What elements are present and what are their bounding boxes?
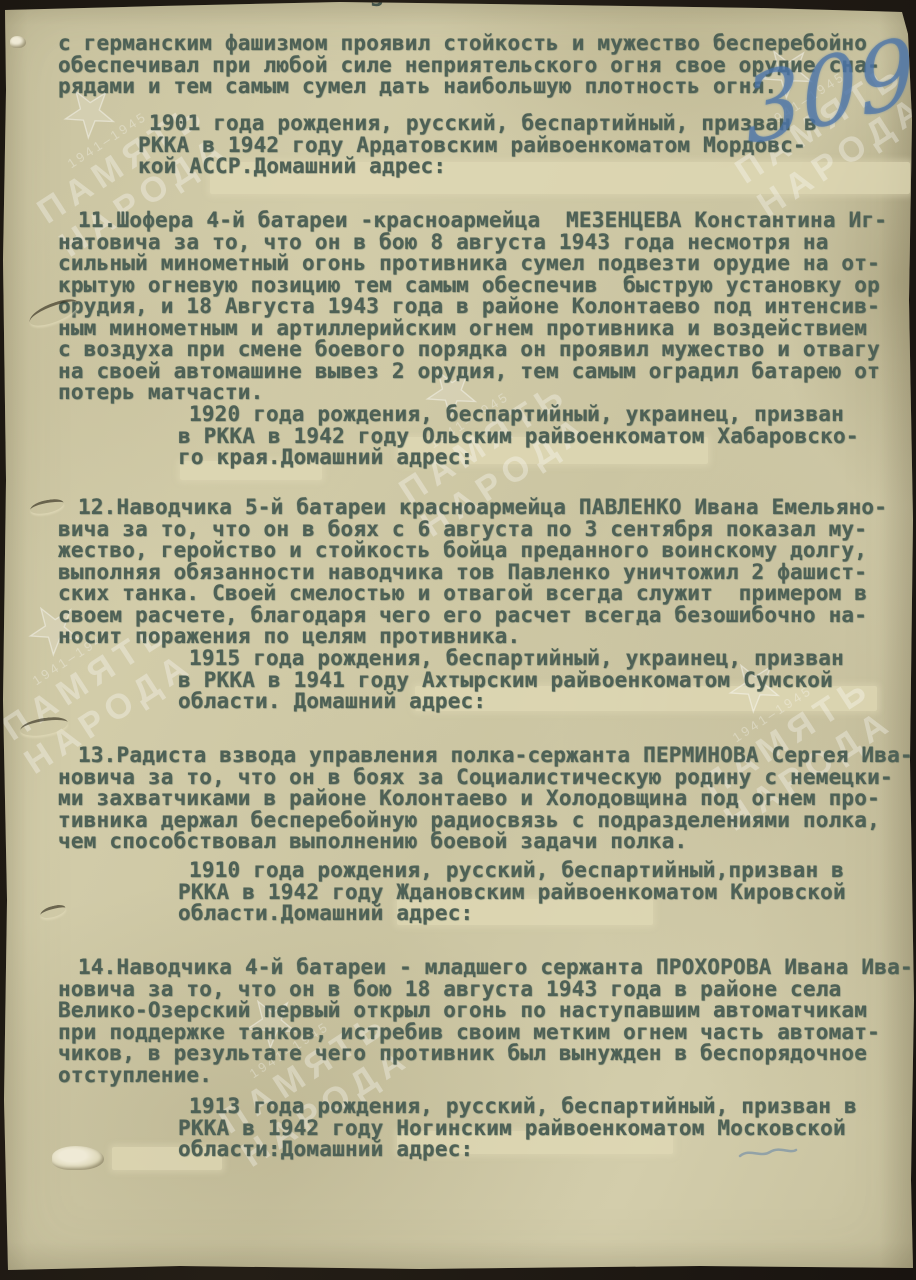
paper-chip [10,36,26,48]
entry-12-pavlenko: 12.Наводчика 5-й батареи красноармейца П… [58,497,887,648]
paper-tear [39,903,67,919]
blue-ink-squiggle [738,1144,798,1162]
birth-note-1901: 1901 года рождения, русский, беспартийны… [138,113,817,178]
entry-14-prokhorov: 14.Наводчика 4-й батареи - младшего серж… [58,957,913,1086]
page-number: - 3 - [330,0,431,12]
birth-note-1910: 1910 года рождения, русский, беспартийны… [178,860,846,925]
birth-note-1915: 1915 года рождения, беспартийный, украин… [178,648,844,713]
scanned-document-page: - 3 - 1941–1945 ПАМЯТЬ НАРОДА 1941–1945 … [0,0,916,1280]
paper-sheet: - 3 - 1941–1945 ПАМЯТЬ НАРОДА 1941–1945 … [0,0,916,1280]
entry-11-mezentsev: 11.Шофера 4-й батареи -красноармейца МЕЗ… [58,210,887,404]
birth-note-1920: 1920 года рождения, беспартийный, украин… [178,404,859,469]
paper-chip [52,1146,104,1170]
entry-13-perminov: 13.Радиста взвода управления полка-сержа… [58,745,913,853]
paper-crease [19,716,69,738]
